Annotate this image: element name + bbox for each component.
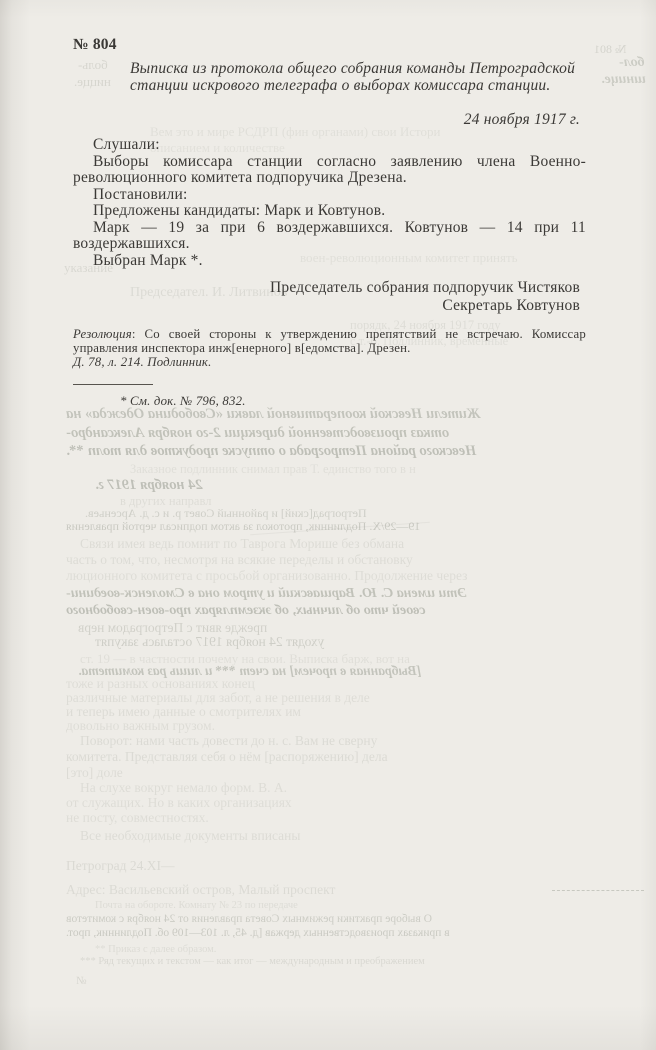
bleedthrough-text: ** Приказ с далее образом. (95, 944, 216, 955)
paragraph-candidates: Предложены кандидаты: Марк и Ковтунов. (73, 203, 586, 220)
bleedthrough-text: Заказное подлинник снимал прав Т. единст… (130, 462, 416, 477)
bleedthrough-text: ст. 19 — в частности почему на свои. Вып… (80, 651, 410, 667)
resolution-text: : Со своей стороны к утверждению препятс… (73, 327, 586, 355)
document-body: Слушали: Выборы комиссара станции соглас… (73, 137, 586, 269)
paragraph-heard: Слушали: (73, 137, 586, 154)
bleedthrough-text: люционного комитета с просьбой организов… (66, 568, 467, 584)
bleedthrough-text: Петроград[ский] и районный Совет р. и с.… (85, 506, 367, 521)
bleedthrough-text: О выборе практики режимных Совета правле… (66, 913, 432, 925)
bleedthrough-text: № (76, 975, 87, 987)
paragraph-resolved: Постановили: (73, 187, 586, 204)
bleedthrough-text: в других направл (120, 494, 211, 509)
bleedthrough-text: № 801 (594, 42, 626, 57)
bleedthrough-text: уходят 24 ноября 1917 осталась закупят (95, 634, 324, 650)
document-number: № 804 (73, 36, 586, 54)
document-title-line-2: станции искрового телеграфа о выборах ко… (130, 77, 586, 94)
bleedthrough-text: своей что об личных, об экземплярах про-… (66, 603, 425, 619)
resolution-block: Резолюция: Со своей стороны к утверждени… (73, 328, 586, 369)
bleedthrough-text: Невского района Петрограда о отпуске про… (66, 443, 476, 460)
bleedthrough-text: комитета. Представляя себя о нём [распор… (66, 749, 388, 765)
bleedthrough-text: Почта на обороте. Комнату № 23 по переда… (95, 900, 298, 911)
paragraph-elections: Выборы комиссара станции согласно заявле… (73, 154, 586, 187)
document-content: № 804 Выписка из протокола общего собран… (73, 36, 586, 409)
paragraph-vote-counts: Марк — 19 за при 6 воздержавшихся. Ковту… (73, 220, 586, 253)
resolution-label: Резолюция (73, 327, 132, 341)
document-date: 24 ноября 1917 г. (73, 111, 586, 129)
bleedthrough-text: довольно важным грузом. (66, 718, 215, 734)
bleedthrough-dash-line (552, 890, 644, 891)
bleedthrough-text: Связи имея ведь помнит по Таврога Морише… (80, 536, 404, 552)
bleedthrough-text: 24 ноября 1917 г. (95, 477, 203, 494)
document-title: Выписка из протокола общего собрания ком… (130, 60, 586, 94)
bleedthrough-text: различные материалы для забот, а не реше… (66, 690, 370, 706)
bleedthrough-text: часть о том, что, несмотря на всякие пер… (66, 552, 413, 568)
footnote-rule (73, 384, 153, 385)
bleedthrough-text: отказ производственной дирекции 2-го ноя… (66, 425, 449, 442)
bleedthrough-text: *** Ряд текущих и текстом — как итог — м… (80, 956, 425, 967)
scan-artifact-line (250, 522, 430, 536)
bleedthrough-text: Петроград 24.XI— (66, 858, 174, 874)
archive-reference: Д. 78, л. 214. Подлинник. (73, 356, 586, 370)
bleedthrough-text: На слухе вокруг немало форм. В. А. (80, 780, 287, 796)
bleedthrough-text: в приказах производственных держав [д. 4… (66, 927, 450, 939)
paragraph-elected: Выбран Марк *. (73, 253, 586, 270)
bleedthrough-text: Адрес: Васильевский остров, Малый проспе… (66, 882, 335, 898)
footnote: * См. док. № 796, 832. (120, 394, 586, 409)
bleedthrough-text: бол- (619, 55, 644, 71)
signature-secretary: Секретарь Ковтунов (73, 297, 580, 315)
scanned-document-page: № 801 бол- шнице. боль- ницце. Вем это и… (0, 0, 656, 1050)
bleedthrough-text: [Выбранная в прочем] на счет *** и лишь … (78, 663, 421, 679)
bleedthrough-text: и теперь имею данные о смотрителях им (66, 704, 301, 720)
bleedthrough-text: шнице. (601, 72, 646, 88)
signature-block: Председатель собрания подпоручик Чистяко… (73, 279, 586, 315)
bleedthrough-text: прежде явит с Петроградом нерв (78, 620, 267, 636)
bleedthrough-text: от служащих. Но в каких организациях (66, 795, 292, 811)
bleedthrough-text: не посту, совместностях. (66, 810, 209, 826)
bleedthrough-text: тоже и разных основаниях конец (66, 676, 255, 692)
bleedthrough-text: Все необходимые документы вписаны (80, 828, 300, 844)
document-title-line-1: Выписка из протокола общего собрания ком… (130, 60, 586, 77)
signature-chairman: Председатель собрания подпоручик Чистяко… (73, 279, 580, 297)
bleedthrough-text: Эти имена С. Ю. Варшавский и утром она в… (66, 586, 466, 602)
bleedthrough-text: [это] доле (66, 765, 123, 781)
bleedthrough-text: Поворот: нами часть довести до н. с. Вам… (80, 733, 377, 749)
resolution-paragraph: Резолюция: Со своей стороны к утверждени… (73, 328, 586, 356)
